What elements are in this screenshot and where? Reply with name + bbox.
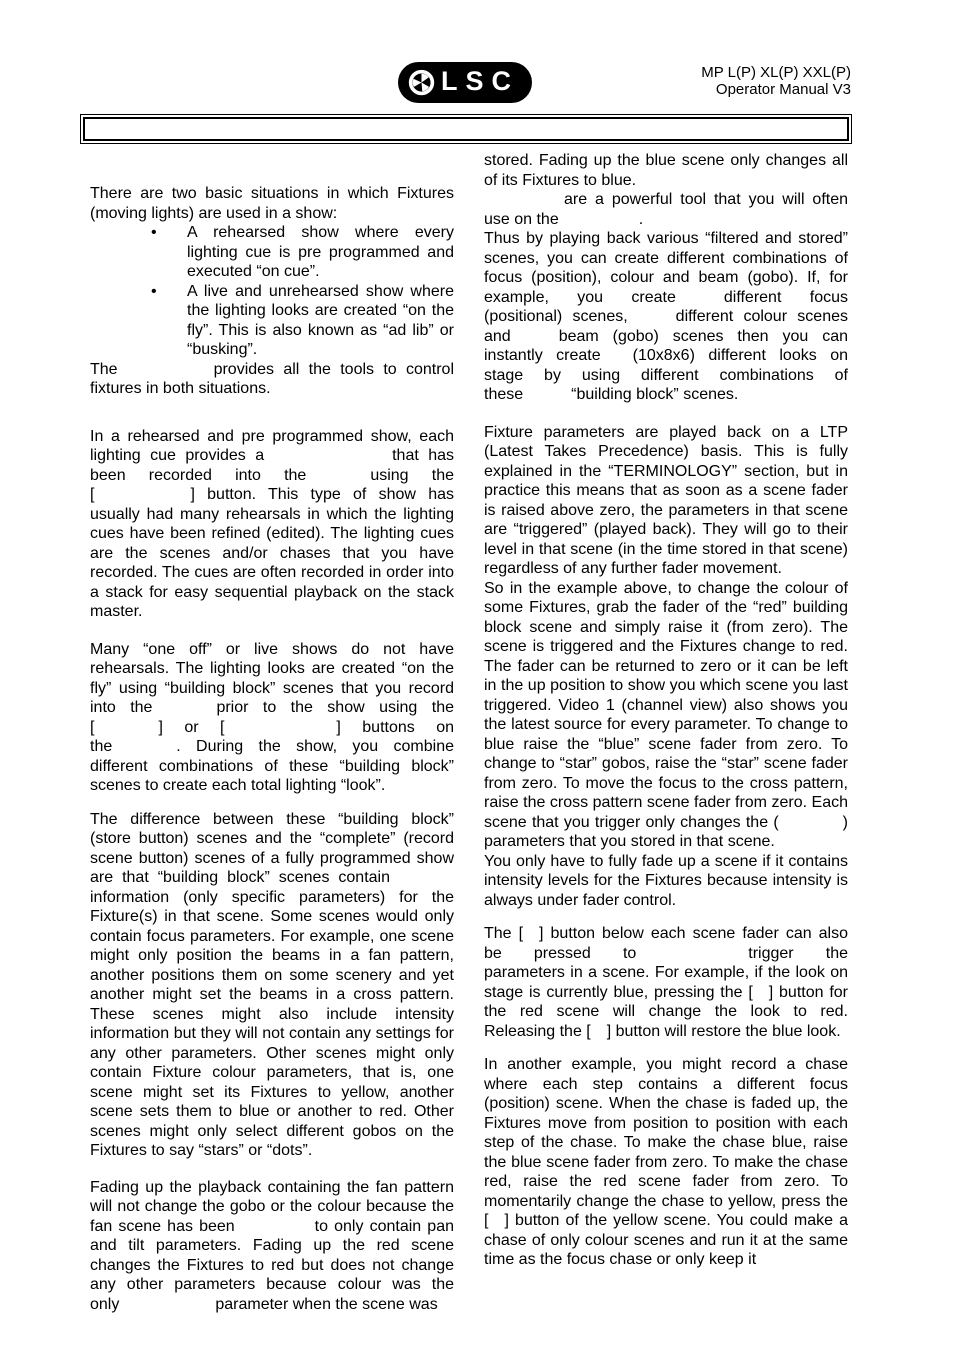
- lsc-logo: LSC: [398, 62, 532, 103]
- paragraph-fading-playback: Fading up the playback containing the fa…: [90, 1178, 454, 1315]
- shutter-icon: [407, 68, 436, 97]
- list-item-rehearsed-show: A rehearsed show where every lighting cu…: [187, 223, 454, 282]
- show-situations-list: A rehearsed show where every lighting cu…: [90, 223, 454, 360]
- paragraph-scene-button: The [ ] button below each scene fader ca…: [484, 924, 848, 1041]
- manual-page: LSC MP L(P) XL(P) XXL(P) Operator Manual…: [0, 0, 954, 1350]
- paragraph-building-block-difference: The difference between these “building b…: [90, 810, 454, 1161]
- paragraph-thus-combinations: Thus by playing back various “filtered a…: [484, 229, 848, 405]
- paragraph-rehearsed-shows: In a rehearsed and pre programmed show, …: [90, 427, 454, 622]
- paragraph-ltp-playback: Fixture parameters are played back on a …: [484, 423, 848, 579]
- product-models: MP L(P) XL(P) XXL(P): [701, 64, 851, 81]
- paragraph-unrehearsed-shows: Many “one off” or live shows do not have…: [90, 640, 454, 796]
- paragraph-stored-continued: stored. Fading up the blue scene only ch…: [484, 151, 848, 190]
- left-column: There are two basic situations in which …: [90, 184, 454, 1314]
- paragraph-intro-end: The provides all the tools to control fi…: [90, 360, 454, 399]
- right-column: stored. Fading up the blue scene only ch…: [484, 151, 848, 1270]
- section-title-text: [83, 117, 849, 141]
- paragraph-intro: There are two basic situations in which …: [90, 184, 454, 223]
- paragraph-chase-example: In another example, you might record a c…: [484, 1055, 848, 1270]
- paragraph-fade-up-intensity: You only have to fully fade up a scene i…: [484, 852, 848, 911]
- manual-version: Operator Manual V3: [701, 81, 851, 98]
- logo-text: LSC: [441, 68, 519, 95]
- paragraph-powerful-tool: are a powerful tool that you will often …: [484, 190, 848, 229]
- paragraph-trigger-example: So in the example above, to change the c…: [484, 579, 848, 852]
- section-title-bar: [80, 114, 852, 144]
- list-item-live-show: A live and unrehearsed show where the li…: [187, 282, 454, 360]
- header-meta: MP L(P) XL(P) XXL(P) Operator Manual V3: [701, 64, 851, 98]
